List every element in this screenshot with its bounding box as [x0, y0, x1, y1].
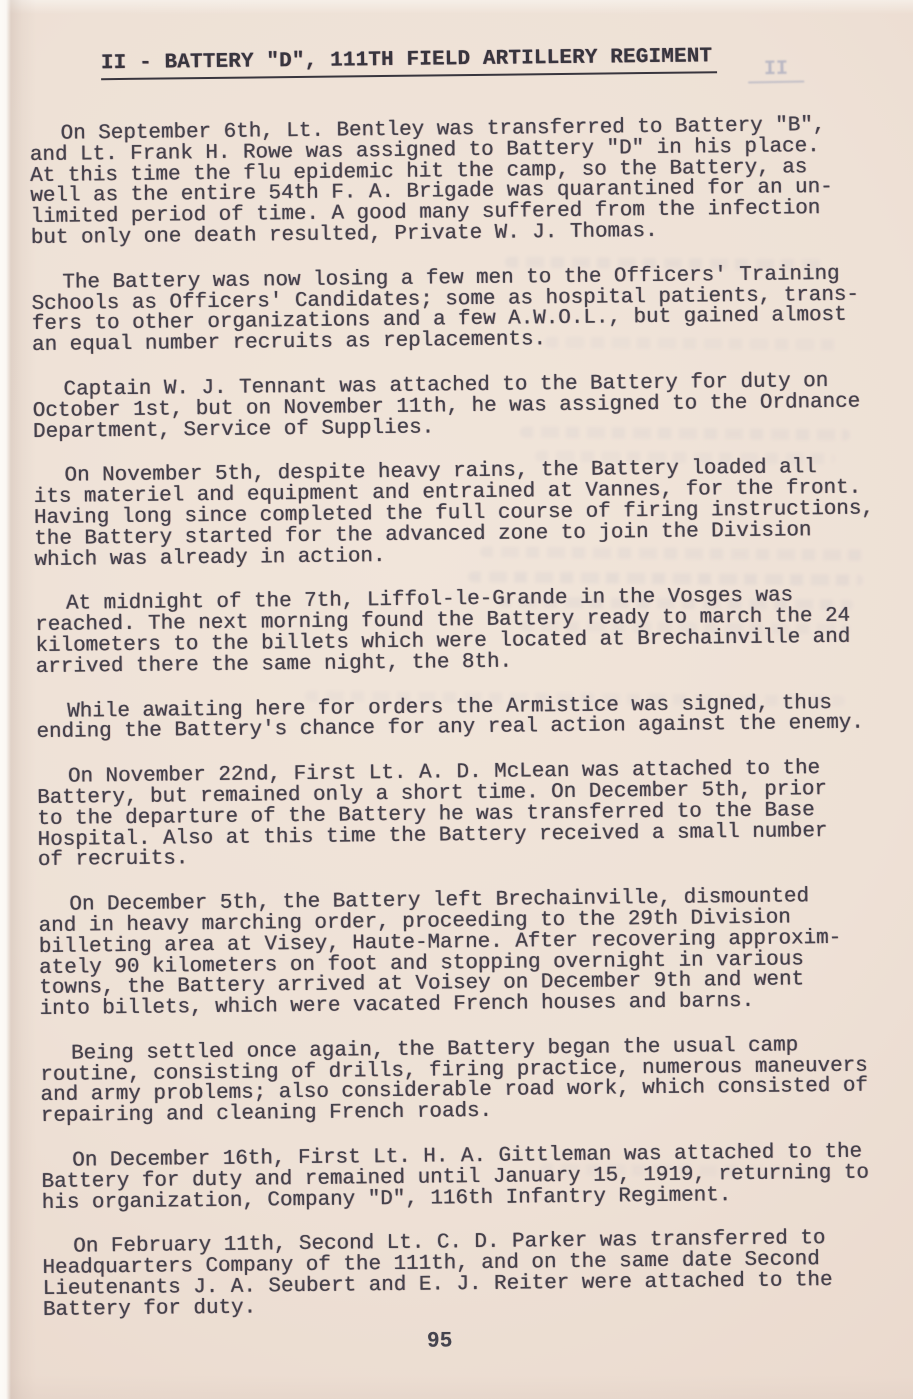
paragraph: On February 11th, Second Lt. C. D. Parke… — [42, 1229, 905, 1322]
paragraph: On December 16th, First Lt. H. A. Gittle… — [41, 1142, 904, 1214]
paragraph: Captain W. J. Tennant was attached to th… — [33, 371, 896, 443]
paragraph: On December 5th, the Battery left Brecha… — [38, 886, 901, 1021]
typed-content: II - BATTERY "D", 111TH FIELD ARTILLERY … — [29, 42, 905, 1321]
paragraph: Being settled once again, the Battery be… — [40, 1035, 903, 1128]
page-title: II - BATTERY "D", 111TH FIELD ARTILLERY … — [101, 44, 718, 80]
paragraph: The Battery was now losing a few men to … — [31, 264, 894, 357]
paragraph: While awaiting here for orders the Armis… — [36, 693, 898, 744]
body-text: On September 6th, Lt. Bentley was transf… — [30, 115, 906, 1321]
scanned-page: II II - BATTERY "D", 111TH FIELD ARTILLE… — [0, 0, 913, 1399]
paragraph: On September 6th, Lt. Bentley was transf… — [30, 115, 893, 250]
paragraph: At midnight of the 7th, Liffol-le-Grande… — [35, 586, 898, 679]
paragraph: On November 5th, despite heavy rains, th… — [34, 458, 897, 572]
paragraph: On November 22nd, First Lt. A. D. McLean… — [37, 758, 900, 872]
page-number: 95 — [427, 1328, 453, 1352]
